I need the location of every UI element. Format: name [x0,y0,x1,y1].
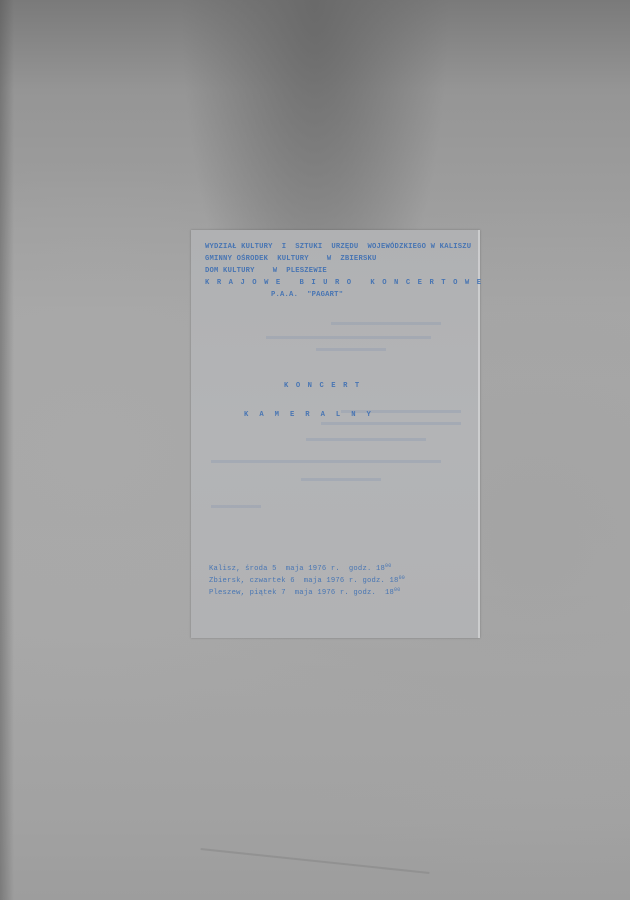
sheet-edge [478,230,480,638]
show-through-mark [266,336,431,339]
title-kameralny: KAMERALNY [244,411,382,419]
show-through-mark [321,422,461,425]
program-sheet: WYDZIAŁ KULTURY I SZTUKI URZĘDU WOJEWÓDZ… [191,230,480,638]
event-line-zbiersk: Zbiersk, czwartek 6 maja 1976 r. godz. 1… [209,575,405,585]
show-through-mark [306,438,426,441]
background-shadow-edge [0,0,14,900]
show-through-mark [211,460,441,463]
show-through-mark [301,478,381,481]
show-through-mark [211,505,261,508]
header-line-4: KRAJOWE BIURO KONCERTOWE [205,279,489,287]
background-paper-crease [201,848,430,874]
show-through-mark [316,348,386,351]
header-line-1: WYDZIAŁ KULTURY I SZTUKI URZĘDU WOJEWÓDZ… [205,243,471,251]
event-line-kalisz: Kalisz, środa 5 maja 1976 r. godz. 1800 [209,563,391,573]
event-line-pleszew: Pleszew, piątek 7 maja 1976 r. godz. 180… [209,587,400,597]
title-koncert: KONCERT [284,382,367,390]
header-line-5: P.A.A. "PAGART" [271,291,343,299]
header-line-2: GMINNY OŚRODEK KULTURY W ZBIERSKU [205,255,377,263]
show-through-mark [331,322,441,325]
header-line-3: DOM KULTURY W PLESZEWIE [205,267,327,275]
